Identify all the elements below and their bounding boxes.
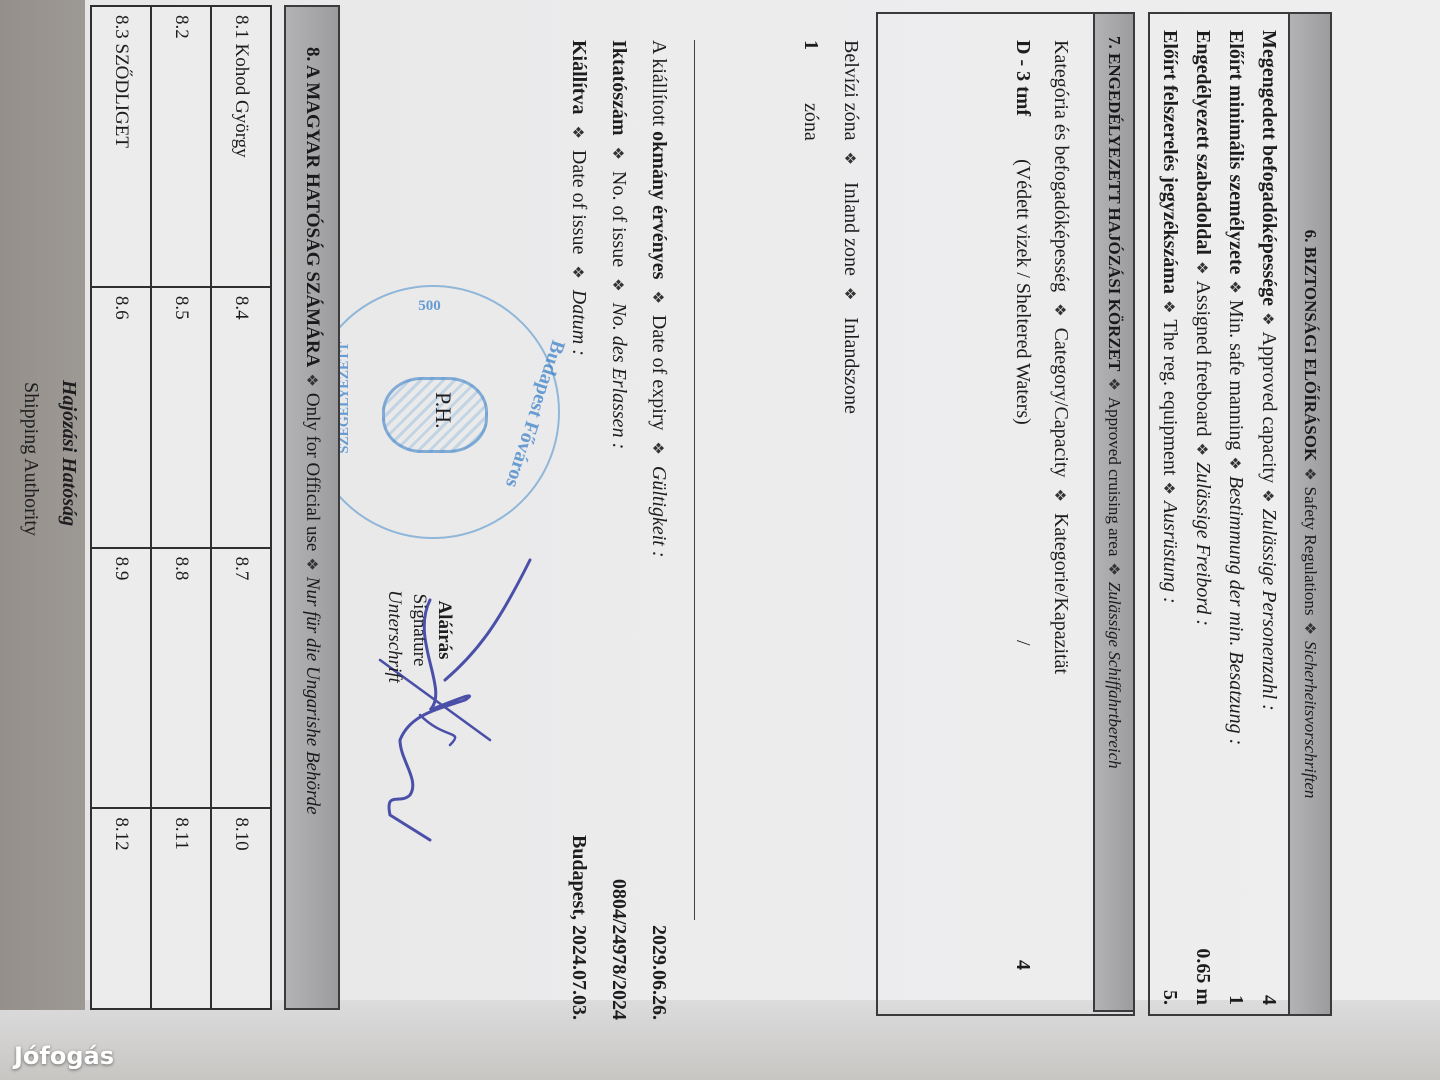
document-page: 6. BIZTONSÁGI ELŐÍRÁSOK ❖ Safety Regulat…	[0, 0, 1440, 1080]
expiry-label-hu-prefix: A kiállított	[648, 40, 670, 131]
issue-date-label-en: Date of issue	[568, 150, 590, 254]
zone-word: zóna	[800, 103, 822, 141]
table-cell: 8.4	[211, 287, 271, 548]
safety-row-label-hu: Megengedett befogadóképessége	[1258, 30, 1280, 306]
separator-icon: ❖	[649, 441, 665, 454]
category-slash: /	[1011, 640, 1034, 646]
separator-icon: ❖	[1259, 489, 1275, 502]
section-8-title: 8. A MAGYAR HATÓSÁG SZÁMÁRA	[301, 47, 323, 367]
expiry-label-en: Date of expiry	[648, 315, 670, 431]
zone-label-row: Belvízi zóna ❖ Inland zone ❖ Inlandszone	[839, 40, 862, 414]
category-label-row: Kategória és befogadóképesség ❖ Category…	[1049, 40, 1072, 674]
separator-icon: ❖	[1193, 261, 1209, 274]
section-6-title-de: Sicherheitsvorschriften	[1300, 641, 1320, 798]
stamp-ph-label: P.H.	[430, 392, 456, 429]
safety-row-label-de: Zulässige Freibord :	[1192, 462, 1214, 626]
authority-name-hu: Hajózási Hatóság	[57, 380, 80, 526]
section-8-header: 8. A MAGYAR HATÓSÁG SZÁMÁRA ❖ Only for O…	[284, 5, 340, 1010]
safety-row-label-hu: Engedélyezett szabadoldal	[1192, 30, 1214, 255]
separator-icon: ❖	[1105, 562, 1124, 575]
section-7-title: 7. ENGEDÉLYEZETT HAJÓZÁSI KÖRZET	[1104, 36, 1124, 371]
authority-name-en: Shipping Authority	[19, 382, 42, 536]
separator-icon: ❖	[1193, 443, 1209, 456]
separator-icon: ❖	[1051, 489, 1067, 502]
photo-frame: 6. BIZTONSÁGI ELŐÍRÁSOK ❖ Safety Regulat…	[0, 0, 1440, 1080]
section-6-title-en: Safety Regulations	[1300, 487, 1320, 616]
safety-row-label-hu: Előírt minimális személyzete	[1225, 30, 1247, 274]
separator-icon: ❖	[1259, 312, 1275, 325]
table-cell: 8.2	[151, 6, 211, 287]
issue-date-label-hu: Kiállítva	[568, 40, 590, 114]
table-cell: 8.9	[91, 548, 151, 809]
separator-icon: ❖	[569, 265, 585, 278]
separator-icon: ❖	[1105, 377, 1124, 390]
category-label-en: Category/Capacity	[1050, 328, 1072, 478]
divider-line	[694, 40, 695, 920]
safety-row-label-en: The reg. equipment	[1159, 319, 1181, 475]
section-6-title: 6. BIZTONSÁGI ELŐÍRÁSOK	[1300, 230, 1320, 462]
category-capacity-value: 4	[1011, 960, 1034, 970]
table-cell: 8.10	[211, 808, 271, 1009]
separator-icon: ❖	[303, 557, 322, 570]
expiry-label-hu: okmány érvényes	[648, 131, 670, 279]
safety-row: Megengedett befogadóképessége❖Approved c…	[1257, 30, 1280, 711]
separator-icon: ❖	[569, 125, 585, 138]
safety-row-label-en: Assigned freeboard	[1192, 280, 1214, 436]
official-stamp: Budapest Főváros SZEGÉLYEZETT 500 P.H.	[306, 285, 560, 539]
table-cell: 8.7	[211, 548, 271, 809]
separator-icon: ❖	[841, 152, 857, 165]
official-use-table: 8.1 Kohod György8.48.78.108.28.58.88.118…	[90, 5, 272, 1010]
category-value-row: D - 3 tmf (Védett vizek / Sheltered Wate…	[1011, 40, 1034, 425]
separator-icon: ❖	[1301, 467, 1320, 480]
section-7-title-en: Approved cruising area	[1104, 397, 1124, 557]
section-6-header: 6. BIZTONSÁGI ELŐÍRÁSOK ❖ Safety Regulat…	[1288, 12, 1332, 1016]
safety-row-label-de: Zulässige Personenzahl :	[1258, 509, 1280, 711]
table-row: 8.1 Kohod György8.48.78.10	[211, 6, 271, 1009]
safety-row-value: 1	[1224, 995, 1247, 1005]
table-row: 8.3 SZŐDLIGET8.68.98.12	[91, 6, 151, 1009]
separator-icon: ❖	[303, 373, 322, 386]
separator-icon: ❖	[1226, 280, 1242, 293]
category-label-de: Kategorie/Kapazität	[1050, 513, 1072, 674]
safety-row-value: 4	[1257, 995, 1280, 1005]
safety-row-label-en: Min. safe manning	[1225, 300, 1247, 451]
zone-label-en: Inland zone	[840, 182, 862, 276]
separator-icon: ❖	[1051, 303, 1067, 316]
table-cell: 8.6	[91, 287, 151, 548]
category-label-hu: Kategória és befogadóképesség	[1050, 40, 1072, 292]
issue-date-row: Kiállítva ❖ Date of issue ❖ Datum :	[567, 40, 590, 356]
table-cell: 8.8	[151, 548, 211, 809]
stamp-number: 500	[418, 298, 441, 315]
safety-row-label-de: Ausrüstung :	[1159, 501, 1181, 604]
safety-row: Előírt felszerelés jegyzékszáma❖The reg.…	[1158, 30, 1181, 604]
category-code: D - 3 tmf	[1012, 40, 1034, 116]
separator-icon: ❖	[1160, 481, 1176, 494]
safety-row-label-hu: Előírt felszerelés jegyzékszáma	[1159, 30, 1181, 294]
issue-number-value: 0804/24978/2024	[607, 879, 630, 1020]
signature-label-hu: Aláírás	[432, 590, 457, 670]
signature-block: Aláírás Signature Unterschrift	[382, 590, 457, 670]
separator-icon: ❖	[1226, 456, 1242, 469]
table-cell: 8.5	[151, 287, 211, 548]
table-cell: 8.3 SZŐDLIGET	[91, 6, 151, 287]
section-8-title-de: Nur für die Ungarishe Behörde	[301, 577, 323, 815]
safety-row: Engedélyezett szabadoldal❖Assigned freeb…	[1191, 30, 1214, 626]
issue-number-row: Iktatószám ❖ No. of issue ❖ No. des Erla…	[607, 40, 630, 449]
issue-number-label-hu: Iktatószám	[608, 40, 630, 136]
separator-icon: ❖	[609, 147, 625, 160]
section-7-title-de: Zulässige Schiffahrtbereich	[1104, 582, 1124, 769]
expiry-label-de: Gültigkeit :	[648, 466, 670, 558]
table-row: 8.28.58.88.11	[151, 6, 211, 1009]
separator-icon: ❖	[1160, 300, 1176, 313]
expiry-row: A kiállított okmány érvényes ❖ Date of e…	[647, 40, 670, 558]
issue-date-value: Budapest, 2024.07.03.	[567, 835, 590, 1020]
zone-number: 1	[800, 40, 822, 50]
issue-number-label-en: No. of issue	[608, 171, 630, 267]
safety-row-label-de: Bestimmung der min. Besatzung :	[1225, 476, 1247, 745]
safety-row-value: 0.65 m	[1191, 948, 1214, 1005]
table-cell: 8.1 Kohod György	[211, 6, 271, 287]
separator-icon: ❖	[609, 278, 625, 291]
table-cell: 8.11	[151, 808, 211, 1009]
safety-row: Előírt minimális személyzete❖Min. safe m…	[1224, 30, 1247, 745]
category-description: (Védett vizek / Sheltered Waters)	[1012, 159, 1034, 425]
separator-icon: ❖	[1301, 622, 1320, 635]
section-8-title-en: Only for Official use	[301, 393, 323, 551]
issue-number-label-de: No. des Erlassen :	[608, 303, 630, 450]
signature-label-de: Unterschrift	[382, 590, 407, 670]
table-cell: 8.12	[91, 808, 151, 1009]
separator-icon: ❖	[841, 287, 857, 300]
zone-value-row: 1 zóna	[799, 40, 822, 141]
issue-date-label-de: Datum :	[568, 290, 590, 356]
separator-icon: ❖	[649, 290, 665, 303]
section-7-header: 7. ENGEDÉLYEZETT HAJÓZÁSI KÖRZET ❖ Appro…	[1093, 12, 1135, 1012]
site-watermark-logo: Jófogás	[14, 1042, 114, 1070]
expiry-value: 2029.06.26.	[647, 925, 670, 1020]
zone-label-hu: Belvízi zóna	[840, 40, 862, 141]
safety-row-label-en: Approved capacity	[1258, 332, 1280, 484]
safety-row-value: 5.	[1158, 990, 1181, 1005]
signature-label-en: Signature	[407, 590, 432, 670]
zone-label-de: Inlandszone	[840, 317, 862, 414]
